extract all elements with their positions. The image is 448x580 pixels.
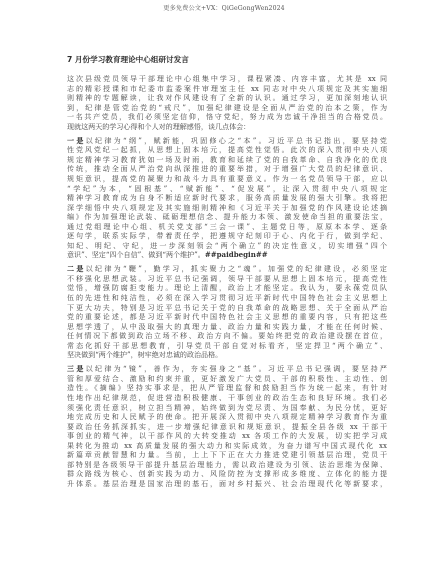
text-line-content: 以纪律为“纲”，赋新能，巩固修心之“本”。习近平总书记指出，要坚持党 (86, 136, 387, 145)
text-line: 下更大功夫，特别是习近平总书记关于党的自我革命的战略思想、关于全面从严治 (67, 303, 387, 313)
text-line: 编》作为加强理论武装、砥砺理想信念、提升能力本领、激发使命当担的重要法宝， (67, 212, 387, 222)
text-line: 逐句学，联系实际学，带着责任学，把遵规守纪刻印于心、内化于行，做到学纪、 (67, 231, 387, 241)
paid-begin-marker: ##paidbegin## (205, 250, 268, 259)
text-line: 常态化抓好干部思想教育，引导党员干部自觉对标看齐，坚定捍卫“两个确立”、 (67, 341, 387, 351)
text-line: 规定精神学习教育犹如一场及时雨，教育和延续了党的自我革命、自我净化的优良 (67, 155, 387, 165)
text-line-content: 意识”、坚定“四个自信”、做到“两个维护”。 (67, 250, 205, 259)
page-header: 更多免费公文+VX：QiGeGongWen2024 (0, 5, 448, 13)
text-line: 思想学透了，从中汲取强大的真理力量、政治力量和实践力量，才能在任何时候、 (67, 322, 387, 332)
text-line: 规矩意识，提高党的凝聚力和战斗力具有重要意义。作为一名党员领导干部，应以 (67, 174, 387, 184)
document-title: 7 月份学习教育理论中心组研讨发言 (67, 55, 189, 65)
text-line: 新篇章贡献智慧和力量。当前，上上下下正在大力推进党建引领基层治理，党员干 (67, 450, 387, 460)
point-lead: 三是 (67, 364, 86, 373)
paragraph-point-three: 三是以纪律为“镜”，善作为，夯实强身之“基”。习近平总书记强调，要坚持严 管和厚… (67, 364, 387, 488)
text-line: 坚决做到“两个维护”，树牢绝对忠诚的政治品格。 (67, 350, 387, 360)
text-line: 一是以纪律为“纲”，赋新能，巩固修心之“本”。习近平总书记指出，要坚持党 (67, 136, 387, 146)
text-line: 伍的先进性和纯洁性，必须在深入学习贯彻习近平新时代中国特色社会主义思想上 (67, 293, 387, 303)
text-line: 部特别是各级领导干部提升基层治理能力，需以政治建设为引领、法治思维为保障、 (67, 460, 387, 470)
text-line: 任何情况下都做到政治立场不移、政治方向不偏。要始终把党的政治建设摆在首位， (67, 331, 387, 341)
text-line: 二是以纪律为“鞭”，勤学习，抓实聚力之“魂”。加强党的纪律建设，必须坚定 (67, 264, 387, 274)
text-line: 事创业的精气神，以干部作风的大转变推动 xx 各项工作的大发展，切实把学习成 (67, 431, 387, 441)
paragraph-point-two: 二是以纪律为“鞭”，勤学习，抓实聚力之“魂”。加强党的纪律建设，必须坚定 不移强… (67, 264, 387, 359)
text-line: 不移强化思想武装。习近平总书记强调，领导干部要从思想上固本培元，提高党性 (67, 274, 387, 284)
text-line: 升体系。基层治理是国家治理的基石，面对乡村振兴、社会治理现代化等新要求， (67, 479, 387, 489)
text-line: 志的精彩授课和市纪委市监委案件审理室主任 xx 同志对中央八项规定及其实施细 (67, 84, 387, 94)
text-line-content: 以纪律为“鞭”，勤学习，抓实聚力之“魂”。加强党的纪律建设，必须坚定 (86, 264, 387, 273)
text-line: 管和厚爱结合、激励和约束并重，更好激发广大党员、干部的积极性、主动性、创 (67, 374, 387, 384)
text-line: 精神学习教育成为自身不断适应新时代要求，服务高质量发展的强大引擎。我将把 (67, 193, 387, 203)
text-line: 性地作出纪律规范，促进营造积极健康、干事创业的政治生态和良好环境。我们必 (67, 393, 387, 403)
text-line: 通过党组理论中心组、机关党支部“三会一课”、主题党日等，原原本本学、逐条 (67, 222, 387, 232)
text-line: 则精神的专题解读，让我对作风建设有了全新的认识。通过学习，更加深刻地认识 (67, 93, 387, 103)
paragraph-point-one: 一是以纪律为“纲”，赋新能，巩固修心之“本”。习近平总书记指出，要坚持党 性党风… (67, 136, 387, 260)
text-line: 到，纪律是管党治党的“戒尺”，加强纪律建设是全面从严治党的治本之策，作为 (67, 103, 387, 113)
text-line: 一名共产党员，我们必须坚定信仰，恪守党纪，努力成为忠诚干净担当的合格党员。 (67, 112, 387, 122)
text-line: 这次县级党员领导干部理论中心组集中学习，课程紧凑、内容丰富，尤其是 xx 同 (67, 74, 387, 84)
paragraph-intro: 这次县级党员领导干部理论中心组集中学习，课程紧凑、内容丰富，尤其是 xx 同 志… (67, 74, 387, 131)
text-line: 地完成历史和人民赋予的使命。把开展深入贯彻中央八项规定精神学习教育作为重 (67, 412, 387, 422)
text-line: 须强化责任意识，树立担当精神，始终做到为党尽责、为国奉献、为民分忧，更好 (67, 403, 387, 413)
text-line: 果转化为推动 xx 高质量发展的强大动力和实际成效，为奋力谱写中国式现代化 xx (67, 441, 387, 451)
text-line: 觉悟，增强防腐拒变能力。理论上清醒，政治上才能坚定。我认为，要永葆党员队 (67, 283, 387, 293)
text-line: 性党风党纪一起抓，从思想上固本培元，提高党性觉悟。此次的深入贯彻中央八项 (67, 145, 387, 155)
text-line: 党的重要论述，都是习近平新时代中国特色社会主义思想的重要内容，只有把这些 (67, 312, 387, 322)
point-lead: 二是 (67, 264, 86, 273)
text-line: “学纪”为本，“固根基”、“赋新能”、“促发展”，让深入贯彻中央八项规定 (67, 184, 387, 194)
text-line: 三是以纪律为“镜”，善作为，夯实强身之“基”。习近平总书记强调，要坚持严 (67, 364, 387, 374)
text-line-content: 以纪律为“镜”，善作为，夯实强身之“基”。习近平总书记强调，要坚持严 (86, 364, 387, 373)
text-line: 深学细悟中央八项规定及其实施细则精神和《习近平关于加强党的作风建设论述摘 (67, 203, 387, 213)
document-body: 这次县级党员领导干部理论中心组集中学习，课程紧凑、内容丰富，尤其是 xx 同 志… (67, 74, 387, 493)
text-line: 知纪、明纪、守纪，进一步深刻领会“两个确立”的决定性意义，切实增强“四个 (67, 241, 387, 251)
text-line: 传统，推动全面从严治党向纵深推进的重要举措，对于增强广大党员的纪律意识、 (67, 164, 387, 174)
text-line: 意识”、坚定“四个自信”、做到“两个维护”。##paidbegin## (67, 250, 387, 260)
point-lead: 一是 (67, 136, 86, 145)
header-promo-text: 更多免费公文+VX：QiGeGongWen2024 (163, 5, 284, 12)
text-line: 造性。《摘编》坚持实事求是，把从严管理监督和鼓励担当作为统一起来，有针对 (67, 383, 387, 393)
text-line: 现就这两天的学习心得和个人对的理解感悟，谈几点体会： (67, 122, 387, 132)
text-line: 群众路线为核心、创新实践为动力、风险防控为支撑形成多维度、立体化的能力提 (67, 469, 387, 479)
text-line: 要政治任务抓深抓实，进一步增强纪律意识和规矩意识，提振全县各级 xx 干部干 (67, 422, 387, 432)
